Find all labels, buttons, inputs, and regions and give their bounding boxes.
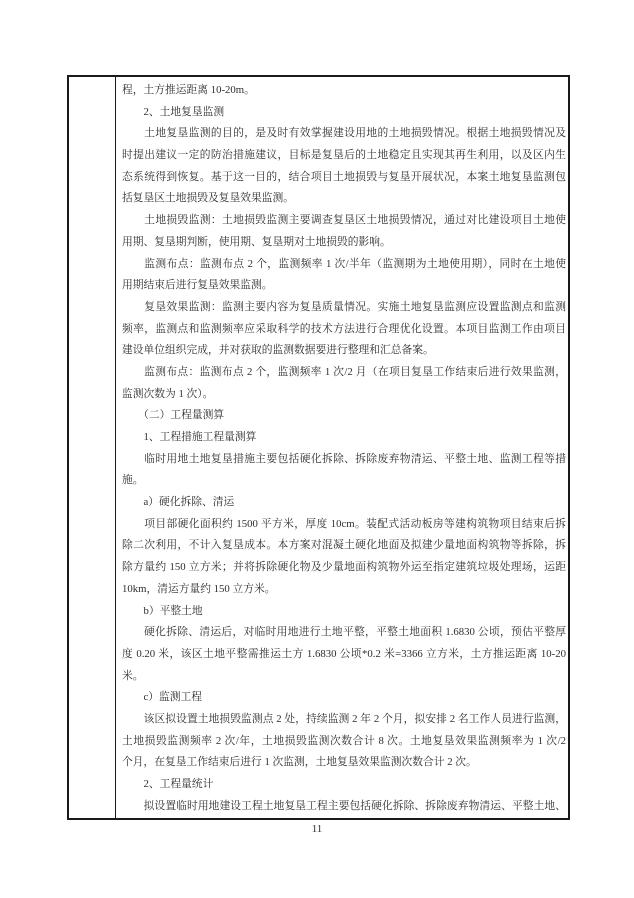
- text-line: 10km，清运方量约 150 立方米。: [122, 579, 566, 601]
- table-left-empty-cell: [69, 77, 116, 818]
- text-line: 硬化拆除、清运后，对临时用地进行土地平整，平整土地面积 1.6830 公顷，预估…: [122, 622, 566, 644]
- text-line: 2、工程量统计: [122, 774, 566, 796]
- text-line: 项目部硬化面积约 1500 平方米，厚度 10cm。装配式活动板房等建构筑物项目…: [122, 514, 566, 536]
- text-line: b）平整土地: [122, 601, 566, 623]
- text-line: 2、土地复垦监测: [122, 102, 566, 124]
- text-line: 频率，监测点和监测频率应采取科学的技术方法进行合理优化设置。本项目监测工作由项目: [122, 319, 566, 341]
- text-line: 监测布点：监测布点 2 个，监测频率 1 次/半年（监测期为土地使用期），同时在…: [122, 254, 566, 276]
- page-number: 11: [0, 823, 634, 835]
- text-line: 程，土方推运距离 10-20m。: [122, 80, 566, 102]
- text-line: 拟设置临时用地建设工程土地复垦工程主要包括硬化拆除、拆除废弃物清运、平整土地、: [122, 796, 566, 818]
- text-line: 土地复垦监测的目的，是及时有效掌握建设用地的土地损毁情况。根据土地损毁情况及: [122, 123, 566, 145]
- text-line: 度 0.20 米，该区土地平整需推运土方 1.6830 公顷*0.2 米=336…: [122, 644, 566, 666]
- text-line: 土地损毁监测：土地损毁监测主要调查复垦区土地损毁情况，通过对比建设项目土地使: [122, 210, 566, 232]
- text-line: 建设单位组织完成，并对获取的监测数据要进行整理和汇总备案。: [122, 340, 566, 362]
- document-page: 程，土方推运距离 10-20m。 2、土地复垦监测 土地复垦监测的目的，是及时有…: [0, 0, 634, 898]
- text-line: 用期、复垦期判断，使用期、复垦期对土地损毁的影响。: [122, 232, 566, 254]
- text-line: a）硬化拆除、清运: [122, 492, 566, 514]
- text-line: （二）工程量测算: [122, 405, 566, 427]
- content-area: 程，土方推运距离 10-20m。 2、土地复垦监测 土地复垦监测的目的，是及时有…: [122, 80, 566, 817]
- text-line: 除二次利用，不计入复垦成本。本方案对混凝土硬化地面及拟建少量地面构筑物等拆除，拆: [122, 535, 566, 557]
- text-line: 时提出建议一定的防治措施建议，目标是复垦后的土地稳定且实现其再生利用，以及区内生: [122, 145, 566, 167]
- text-line: 土地损毁监测频率 2 次/年，土地损毁监测次数合计 8 次。土地复垦效果监测频率…: [122, 731, 566, 753]
- text-line: 监测布点：监测布点 2 个，监测频率 1 次/2 月（在项目复垦工作结束后进行效…: [122, 362, 566, 384]
- text-line: 用期结束后进行复垦效果监测。: [122, 275, 566, 297]
- text-line: 除方量约 150 立方米；并将拆除硬化物及少量地面构筑物外运至指定建筑垃圾处理场…: [122, 557, 566, 579]
- text-line: 施。: [122, 470, 566, 492]
- text-line: 个月，在复垦工作结束后进行 1 次监测，土地复垦效果监测次数合计 2 次。: [122, 752, 566, 774]
- text-line: 态系统得到恢复。基于这一目的，结合项目土地损毁与复垦开展状况，本案土地复垦监测包: [122, 167, 566, 189]
- text-line: 括复垦区土地损毁及复垦效果监测。: [122, 188, 566, 210]
- text-line: 1、工程措施工程量测算: [122, 427, 566, 449]
- content-table: 程，土方推运距离 10-20m。 2、土地复垦监测 土地复垦监测的目的，是及时有…: [67, 75, 570, 820]
- table-text-cell: 程，土方推运距离 10-20m。 2、土地复垦监测 土地复垦监测的目的，是及时有…: [116, 77, 568, 818]
- text-line: 该区拟设置土地损毁监测点 2 处，持续监测 2 年 2 个月，拟安排 2 名工作…: [122, 709, 566, 731]
- text-line: 临时用地土地复垦措施主要包括硬化拆除、拆除废弃物清运、平整土地、监测工程等措: [122, 449, 566, 471]
- text-line: 监测次数为 1 次）。: [122, 384, 566, 406]
- text-line: c）监测工程: [122, 687, 566, 709]
- text-line: 复垦效果监测：监测主要内容为复垦质量情况。实施土地复垦监测应设置监测点和监测: [122, 297, 566, 319]
- text-line: 米。: [122, 666, 566, 688]
